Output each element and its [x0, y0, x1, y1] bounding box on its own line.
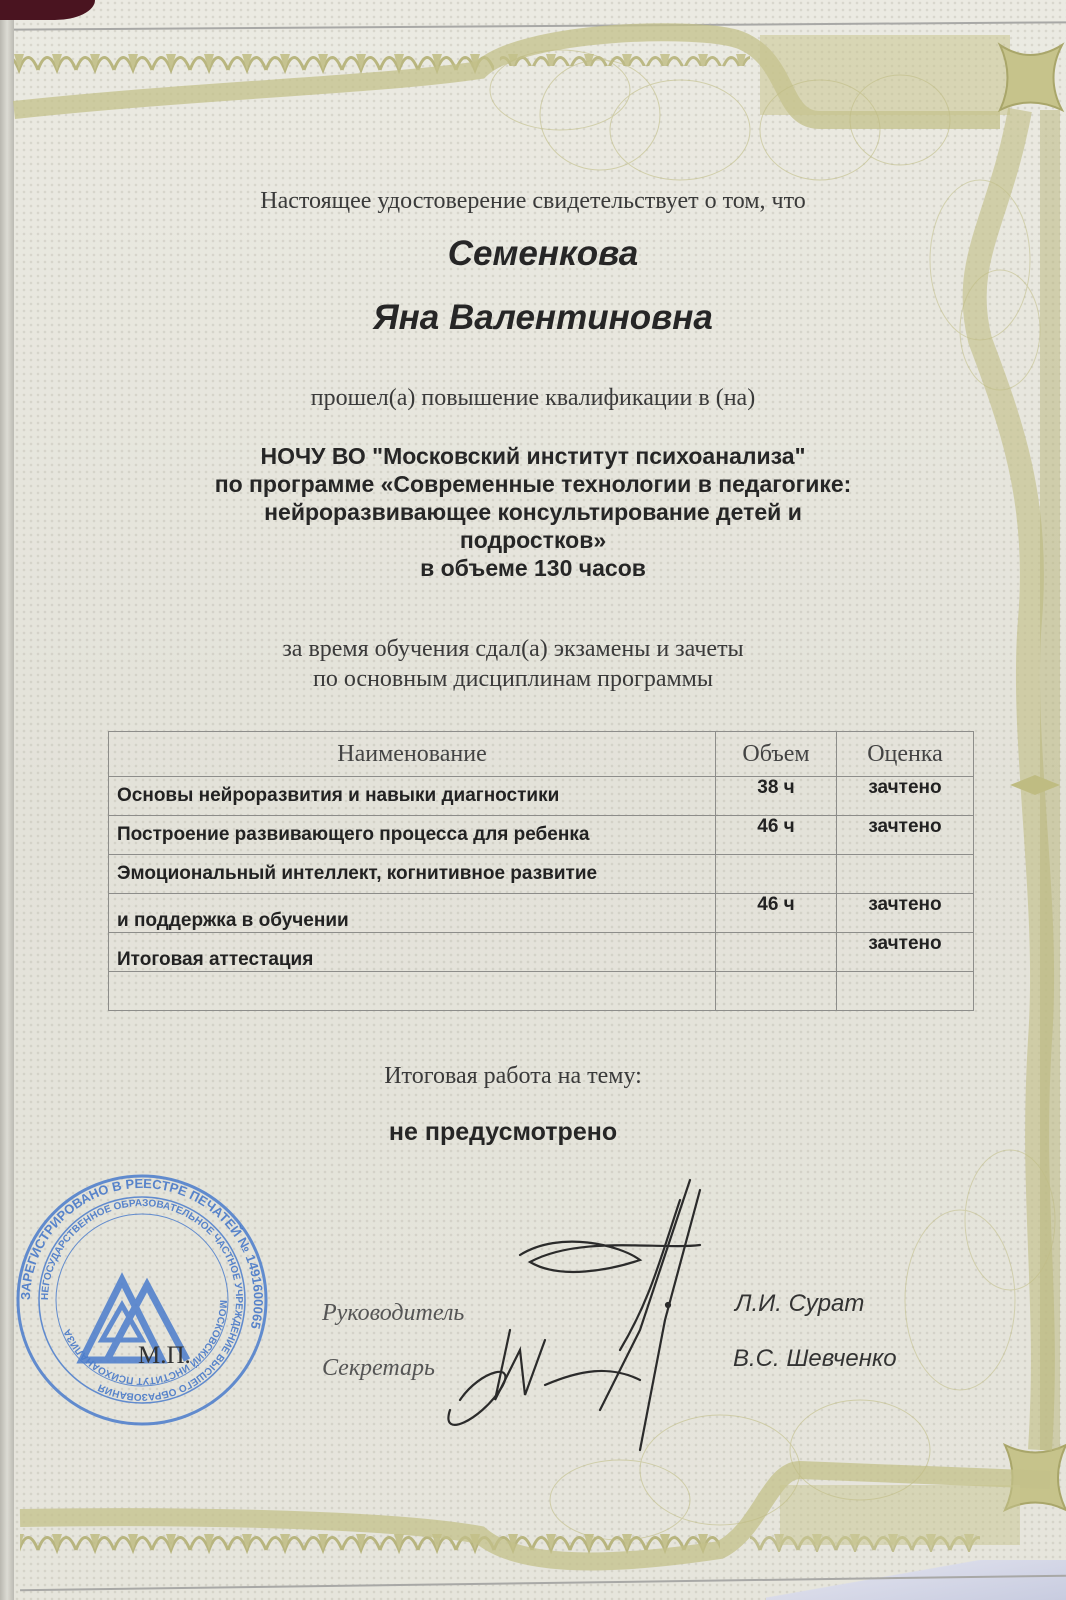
discipline-name: и поддержка в обучении [109, 894, 716, 933]
final-work-label: Итоговая работа на тему: [0, 1063, 1046, 1090]
discipline-name: Основы нейроразвития и навыки диагностик… [109, 777, 716, 816]
discipline-name: Итоговая аттестация [109, 933, 716, 972]
discipline-volume: 46 ч [716, 894, 837, 933]
discipline-grade: зачтено [837, 816, 974, 855]
discipline-grade: зачтено [837, 777, 974, 816]
discipline-grade: зачтено [837, 933, 974, 972]
table-header-row: Наименование Объем Оценка [109, 732, 974, 777]
head-name: Л.И. Сурат [735, 1290, 864, 1318]
holder-given-names: Яна Валентиновна [10, 298, 1066, 338]
final-work-value: не предусмотрено [0, 1118, 1036, 1147]
intro-text: Настоящее удостоверение свидетельствует … [0, 188, 1066, 215]
program-hours: в объеме 130 часов [0, 554, 1066, 582]
stamp-place-label: М.П. [138, 1342, 191, 1370]
secretary-role-label: Секретарь [322, 1355, 435, 1382]
institution-stamp: ЗАРЕГИСТРИРОВАНО В РЕЕСТРЕ ПЕЧАТЕЙ № 149… [12, 1170, 272, 1430]
discipline-grade: зачтено [837, 894, 974, 933]
discipline-name: Эмоциональный интеллект, когнитивное раз… [109, 855, 716, 894]
secretary-name: В.С. Шевченко [733, 1345, 897, 1373]
discipline-volume: 38 ч [716, 777, 837, 816]
head-role-label: Руководитель [322, 1300, 464, 1327]
table-row: Итоговая аттестация зачтено [109, 933, 974, 972]
table-row: и поддержка в обучении 46 ч зачтено [109, 894, 974, 933]
table-row: Построение развивающего процесса для реб… [109, 816, 974, 855]
header-name: Наименование [109, 732, 716, 777]
exams-line: за время обучения сдал(а) экзамены и зач… [0, 634, 1046, 664]
program-title-line: нейроразвивающее консультирование детей … [0, 498, 1066, 526]
table-row: Эмоциональный интеллект, когнитивное раз… [109, 855, 974, 894]
discipline-volume: 46 ч [716, 816, 837, 855]
program-title-line: по программе «Современные технологии в п… [0, 470, 1066, 498]
institution-name: НОЧУ ВО "Московский институт психоанализ… [0, 442, 1066, 470]
table-row: Основы нейроразвития и навыки диагностик… [109, 777, 974, 816]
discipline-volume [716, 933, 837, 972]
exams-line: по основным дисциплинам программы [0, 664, 1046, 694]
program-description: НОЧУ ВО "Московский институт психоанализ… [0, 442, 1066, 582]
holder-surname: Семенкова [10, 234, 1066, 274]
discipline-name: Построение развивающего процесса для реб… [109, 816, 716, 855]
program-title-line: подростков» [0, 526, 1066, 554]
header-volume: Объем [716, 732, 837, 777]
qualification-text: прошел(а) повышение квалификации в (на) [0, 385, 1066, 412]
header-grade: Оценка [837, 732, 974, 777]
table-row-empty [109, 972, 974, 1011]
exams-text: за время обучения сдал(а) экзамены и зач… [0, 634, 1046, 694]
disciplines-table: Наименование Объем Оценка Основы нейрора… [108, 731, 974, 1011]
